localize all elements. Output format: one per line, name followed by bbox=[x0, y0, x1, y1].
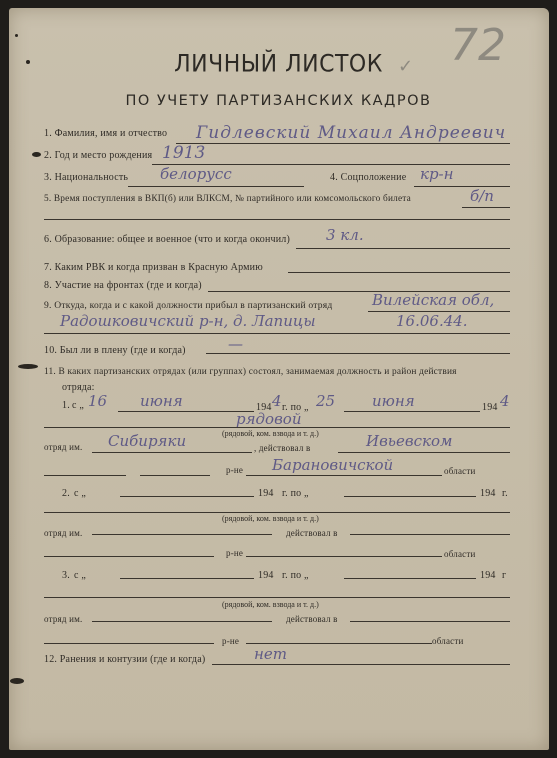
unit-2-from-line bbox=[120, 496, 254, 497]
field-line-nationality bbox=[128, 186, 304, 187]
unit-1-role-line bbox=[44, 427, 510, 428]
punch-hole-mark bbox=[10, 678, 24, 684]
unit-2-to-prefix: г. по „ bbox=[282, 488, 309, 499]
field-label-party: 5. Время поступления в ВКП(б) или ВЛКСМ,… bbox=[44, 194, 411, 204]
unit-2-region-line bbox=[246, 556, 442, 557]
unit-2-acted-line bbox=[350, 534, 510, 535]
unit-2-role-hint: (рядовой, ком. взвода и т. д.) bbox=[222, 514, 319, 523]
unit-3-acted-line bbox=[350, 621, 510, 622]
unit-3-district-line bbox=[44, 643, 214, 644]
unit-2-role-line bbox=[44, 512, 510, 513]
field-line-conscription bbox=[288, 272, 510, 273]
field-value-party[interactable]: б/п bbox=[470, 187, 494, 205]
unit-1-region-label: области bbox=[444, 466, 476, 476]
punch-hole-mark bbox=[18, 364, 38, 369]
field-value-name[interactable]: Гидлевский Михаил Андреевич bbox=[196, 123, 506, 143]
field-value-arrival-line2[interactable]: Радошковичский р-н, д. Лапицы bbox=[60, 312, 316, 330]
unit-3-to-year-prefix: 194 bbox=[480, 570, 496, 581]
unit-3-index: 3. bbox=[62, 570, 70, 581]
field-label-wounds: 12. Ранения и контузии (где и когда) bbox=[44, 654, 205, 665]
field-line-education bbox=[296, 248, 510, 249]
unit-1-region-value[interactable]: Барановичской bbox=[272, 456, 393, 474]
unit-3-region-label: области bbox=[432, 636, 464, 646]
unit-3-unit-line bbox=[92, 621, 272, 622]
unit-1-district-label: р-не bbox=[226, 465, 243, 475]
pencil-check-mark: ✓ bbox=[398, 56, 413, 77]
field-value-arrival-date[interactable]: 16.06.44. bbox=[396, 312, 468, 330]
unit-1-from-day[interactable]: 16 bbox=[88, 392, 107, 410]
punch-mark bbox=[15, 34, 18, 37]
field-label-arrival: 9. Откуда, когда и с какой должности при… bbox=[44, 300, 332, 311]
unit-3-from-prefix: с „ bbox=[74, 570, 86, 581]
unit-3-acted-label: действовал в bbox=[286, 614, 338, 624]
unit-3-to-prefix: г. по „ bbox=[282, 570, 309, 581]
field-line-wounds bbox=[212, 664, 510, 665]
unit-1-district-line-a bbox=[44, 475, 126, 476]
field-label-education: 6. Образование: общее и военное (что и к… bbox=[44, 234, 290, 245]
field-line-name bbox=[176, 143, 510, 144]
field-label-name: 1. Фамилия, имя и отчество bbox=[44, 128, 167, 139]
unit-2-to-year-prefix: 194 bbox=[480, 488, 496, 499]
unit-1-region-line bbox=[246, 475, 442, 476]
unit-1-unit-label: отряд им. bbox=[44, 442, 82, 452]
unit-1-role-hint: (рядовой, ком. взвода и т. д.) bbox=[222, 429, 319, 438]
unit-1-acted-line bbox=[338, 452, 510, 453]
unit-1-unit-line bbox=[92, 452, 252, 453]
punch-hole-mark bbox=[32, 152, 41, 157]
unit-1-from-line bbox=[118, 411, 254, 412]
field-label-captivity: 10. Был ли в плену (где и когда) bbox=[44, 345, 186, 356]
unit-1-unit-name[interactable]: Сибиряки bbox=[108, 432, 186, 450]
field-line-party-cont bbox=[44, 219, 510, 220]
unit-1-from-prefix: с „ bbox=[72, 400, 84, 411]
unit-1-from-year[interactable]: 4 bbox=[272, 392, 282, 410]
unit-1-to-year-prefix: 194 bbox=[482, 402, 498, 413]
field-value-captivity[interactable]: — bbox=[228, 335, 243, 353]
field-value-education[interactable]: 3 кл. bbox=[326, 226, 364, 244]
unit-3-to-line bbox=[344, 578, 476, 579]
field-label-conscription: 7. Каким РВК и когда призван в Красную А… bbox=[44, 262, 263, 273]
unit-2-unit-label: отряд им. bbox=[44, 528, 82, 538]
unit-1-to-year[interactable]: 4 bbox=[500, 392, 510, 410]
field-label-fronts: 8. Участие на фронтах (где и когда) bbox=[44, 280, 202, 291]
unit-3-role-line bbox=[44, 597, 510, 598]
field-label-birth: 2. Год и место рождения bbox=[44, 150, 152, 161]
unit-1-index: 1. bbox=[62, 400, 70, 411]
unit-2-index: 2. bbox=[62, 488, 70, 499]
unit-2-region-label: области bbox=[444, 549, 476, 559]
field-line-arrival-cont bbox=[44, 333, 510, 334]
unit-3-district-label: р-не bbox=[222, 636, 239, 646]
field-value-wounds[interactable]: нет bbox=[254, 645, 287, 663]
unit-2-acted-label: действовал в bbox=[286, 528, 338, 538]
field-label-nationality: 3. Национальность bbox=[44, 172, 128, 183]
unit-1-district-line-b bbox=[140, 475, 210, 476]
unit-2-unit-line bbox=[92, 534, 272, 535]
field-line-captivity bbox=[206, 353, 510, 354]
unit-2-district-line bbox=[44, 556, 214, 557]
unit-2-from-year-prefix: 194 bbox=[258, 488, 274, 499]
field-value-social[interactable]: кр-н bbox=[420, 165, 454, 183]
field-value-arrival-line1[interactable]: Вилейская обл, bbox=[372, 291, 494, 309]
unit-2-to-year: г. bbox=[502, 488, 508, 499]
field-label-social: 4. Соцположение bbox=[330, 172, 406, 183]
unit-1-from-month[interactable]: июня bbox=[140, 392, 183, 410]
unit-1-acted-label: , действовал в bbox=[254, 443, 311, 453]
unit-1-to-month[interactable]: июня bbox=[372, 392, 415, 410]
field-line-party bbox=[462, 207, 510, 208]
unit-3-from-year-prefix: 194 bbox=[258, 570, 274, 581]
pencil-sheet-number: 72 bbox=[450, 20, 506, 71]
unit-2-to-line bbox=[344, 496, 476, 497]
field-value-birth[interactable]: 1913 bbox=[162, 143, 205, 163]
unit-3-from-line bbox=[120, 578, 254, 579]
unit-3-unit-label: отряд им. bbox=[44, 614, 82, 624]
unit-1-acted-value[interactable]: Ивьевском bbox=[366, 432, 452, 450]
form-sheet bbox=[9, 8, 549, 750]
unit-1-role[interactable]: рядовой bbox=[236, 410, 302, 428]
unit-2-district-label: р-не bbox=[226, 548, 243, 558]
unit-2-from-prefix: с „ bbox=[74, 488, 86, 499]
unit-3-to-year: г bbox=[502, 570, 506, 581]
field-line-social bbox=[414, 186, 510, 187]
field-value-nationality[interactable]: белорусс bbox=[160, 165, 232, 183]
document-subtitle: ПО УЧЕТУ ПАРТИЗАНСКИХ КАДРОВ bbox=[0, 93, 557, 109]
unit-3-role-hint: (рядовой, ком. взвода и т. д.) bbox=[222, 600, 319, 609]
field-label-units: 11. В каких партизанских отрядах (или гр… bbox=[44, 367, 457, 377]
unit-1-to-line bbox=[344, 411, 480, 412]
unit-1-to-day[interactable]: 25 bbox=[316, 392, 335, 410]
unit-3-region-line bbox=[246, 643, 432, 644]
